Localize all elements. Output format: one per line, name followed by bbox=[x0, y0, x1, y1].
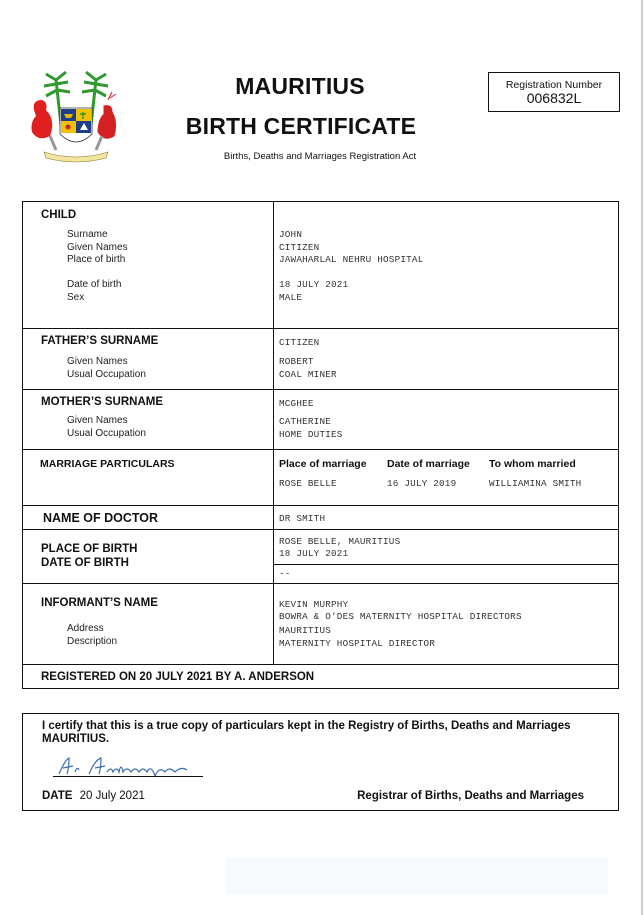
date-of-birth-value: 18 JULY 2021 bbox=[279, 548, 348, 561]
faint-watermark bbox=[225, 858, 608, 894]
registrar-title: Registrar of Births, Deaths and Marriage… bbox=[357, 790, 584, 802]
place-date-extra-value: -- bbox=[279, 568, 291, 581]
informant-address-label: Address bbox=[67, 623, 104, 636]
informant-heading: INFORMANT’S NAME bbox=[41, 597, 158, 609]
child-place-of-birth-label: Place of birth bbox=[67, 254, 125, 267]
informant-name-value: KEVIN MURPHY bbox=[279, 599, 348, 612]
certification-date: DATE 20 July 2021 bbox=[42, 790, 145, 802]
informant-address-line1: BOWRA & O’DES MATERNITY HOSPITAL DIRECTO… bbox=[279, 611, 522, 624]
document-title: BIRTH CERTIFICATE bbox=[170, 113, 432, 140]
child-sex-value: MALE bbox=[279, 292, 302, 305]
mother-surname-value: MCGHEE bbox=[279, 398, 314, 411]
column-divider bbox=[273, 202, 274, 664]
date-of-birth-heading: DATE OF BIRTH bbox=[41, 557, 129, 569]
father-occupation-value: COAL MINER bbox=[279, 369, 337, 382]
child-given-names-value: CITIZEN bbox=[279, 242, 319, 255]
date-label: DATE bbox=[42, 790, 72, 802]
row-divider bbox=[23, 583, 619, 584]
child-surname-value: JOHN bbox=[279, 229, 302, 242]
child-date-of-birth-value: 18 JULY 2021 bbox=[279, 279, 348, 292]
act-subtitle: Births, Deaths and Marriages Registratio… bbox=[170, 151, 470, 162]
row-divider bbox=[23, 389, 619, 390]
father-heading: FATHER’S SURNAME bbox=[41, 335, 158, 347]
father-given-names-label: Given Names bbox=[67, 356, 128, 369]
mother-heading: MOTHER’S SURNAME bbox=[41, 396, 163, 408]
country-title: MAURITIUS bbox=[170, 73, 430, 100]
certification-box: I certify that this is a true copy of pa… bbox=[22, 713, 619, 811]
marriage-date-value: 16 JULY 2019 bbox=[387, 478, 456, 491]
row-divider bbox=[23, 449, 619, 450]
marriage-place-column: Place of marriage bbox=[279, 458, 367, 470]
registration-number-value: 006832L bbox=[489, 91, 619, 106]
child-sex-label: Sex bbox=[67, 292, 84, 305]
registered-statement: REGISTERED ON 20 JULY 2021 BY A. ANDERSO… bbox=[41, 671, 314, 683]
child-surname-label: Surname bbox=[67, 229, 108, 242]
row-divider bbox=[23, 664, 619, 665]
registration-number-box: Registration Number 006832L bbox=[488, 72, 620, 112]
informant-address-line2: MAURITIUS bbox=[279, 625, 331, 638]
marriage-date-column: Date of marriage bbox=[387, 458, 470, 470]
informant-description-label: Description bbox=[67, 636, 117, 649]
doctor-value: DR SMITH bbox=[279, 513, 325, 526]
doctor-heading: NAME OF DOCTOR bbox=[43, 511, 158, 525]
child-given-names-label: Given Names bbox=[67, 242, 128, 255]
informant-description-value: MATERNITY HOSPITAL DIRECTOR bbox=[279, 638, 435, 651]
mother-given-names-value: CATHERINE bbox=[279, 416, 331, 429]
father-occupation-label: Usual Occupation bbox=[67, 369, 146, 382]
page-edge-divider bbox=[641, 0, 643, 915]
row-divider bbox=[23, 328, 619, 329]
child-heading: CHILD bbox=[41, 209, 76, 221]
coat-of-arms-icon bbox=[26, 70, 126, 166]
father-given-names-value: ROBERT bbox=[279, 356, 314, 369]
place-of-birth-heading: PLACE OF BIRTH bbox=[41, 543, 137, 555]
marriage-place-value: ROSE BELLE bbox=[279, 478, 337, 491]
particulars-table: CHILD Surname Given Names Place of birth… bbox=[22, 201, 619, 689]
mother-occupation-label: Usual Occupation bbox=[67, 428, 146, 441]
child-place-of-birth-value: JAWAHARLAL NEHRU HOSPITAL bbox=[279, 254, 423, 267]
mother-occupation-value: HOME DUTIES bbox=[279, 429, 343, 442]
row-divider bbox=[23, 505, 619, 506]
place-of-birth-value: ROSE BELLE, MAURITIUS bbox=[279, 536, 400, 549]
father-surname-value: CITIZEN bbox=[279, 337, 319, 350]
marriage-spouse-column: To whom married bbox=[489, 458, 576, 470]
marriage-spouse-value: WILLIAMINA SMITH bbox=[489, 478, 581, 491]
marriage-heading: MARRIAGE PARTICULARS bbox=[40, 458, 175, 470]
mother-given-names-label: Given Names bbox=[67, 415, 128, 428]
row-divider bbox=[23, 529, 619, 530]
certification-statement: I certify that this is a true copy of pa… bbox=[42, 720, 612, 746]
child-date-of-birth-label: Date of birth bbox=[67, 279, 121, 292]
date-value: 20 July 2021 bbox=[80, 790, 145, 802]
signature-line bbox=[53, 776, 203, 777]
row-divider bbox=[273, 564, 619, 565]
